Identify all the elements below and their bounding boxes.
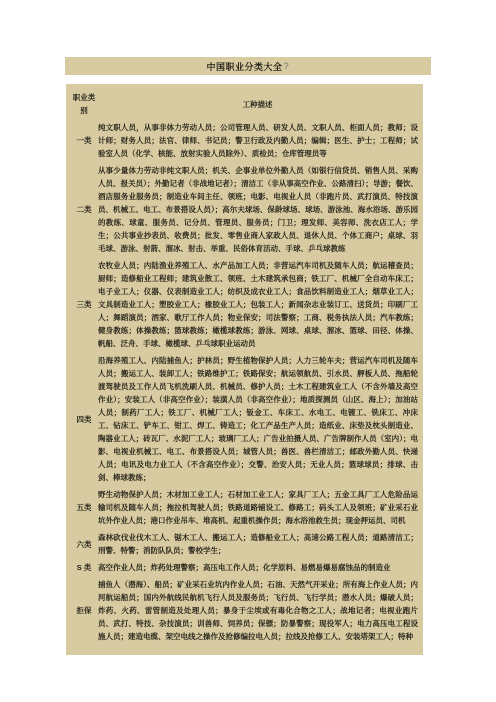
row-category-label: 拒保 [71, 578, 97, 643]
row-category-label: S 类 [71, 561, 97, 574]
table-row: 五类 野生动物保护人员；木材加工业工人；石材加工业工人；家具厂工人；五金工具厂工… [71, 488, 418, 527]
document-title: 中国职业分类大全 [206, 60, 282, 73]
row-category-label: 三类 [71, 259, 97, 350]
table-header-row: 职业类别 工种描述 [71, 91, 418, 117]
document-title-bar: 中国职业分类大全? [65, 57, 431, 75]
row-category-label: 五类 [71, 488, 97, 527]
table-row: 四类 沿海养殖工人、内陆捕鱼人；护林员；野生植物保护人员；人力三轮车夫；营运汽车… [71, 354, 418, 484]
row-description: 捕鱼人（潜海）、船员；矿业采石业坑内作业人员；石油、天然气开采业；所有海上作业人… [97, 578, 418, 643]
table-row: 三类 农牧业人员；内陆渔业养殖工人、水产品加工人员；非营运汽车司机及随车人员；航… [71, 259, 418, 350]
row-description: 纯文职人员，从事非体力劳动人员；公司管理人员、研发人员、文职人员、柜面人员；教师… [97, 121, 418, 160]
column-header-description: 工种描述 [97, 91, 418, 117]
row-category-label: 四类 [71, 354, 97, 484]
title-footnote-mark: ? [284, 61, 290, 71]
row-category-label: 二类 [71, 164, 97, 255]
column-header-category: 职业类别 [71, 91, 97, 117]
row-description: 高空作业人员；炸药处理警察；高压电工作人员；化学原料、易燃易爆易腐蚀品的制造业 [97, 561, 418, 574]
row-description: 从事少量体力劳动非纯文职人员；机关、企事业单位外勤人员（如银行信贷员、销售人员、… [97, 164, 418, 255]
row-description: 野生动物保护人员；木材加工业工人；石材加工业工人；家具厂工人；五金工具厂工人危险… [97, 488, 418, 527]
column-header-description-label: 工种描述 [243, 98, 273, 111]
table-row: S 类 高空作业人员；炸药处理警察；高压电工作人员；化学原料、易燃易爆易腐蚀品的… [71, 561, 418, 574]
row-description: 沿海养殖工人、内陆捕鱼人；护林员；野生植物保护人员；人力三轮车夫；营运汽车司机及… [97, 354, 418, 484]
row-description: 森林砍伐业伐木工人、锯木工人、搬运工人；造修船业工人；高速公路工程人员；道路清洁… [97, 531, 418, 557]
row-description: 农牧业人员；内陆渔业养殖工人、水产品加工人员；非营运汽车司机及随车人员；航运稽查… [97, 259, 418, 350]
row-category-label: 一类 [71, 121, 97, 160]
occupation-class-table: 职业类别 工种描述 一类 纯文职人员，从事非体力劳动人员；公司管理人员、研发人员… [66, 84, 423, 655]
document-page: 中国职业分类大全? 职业类别 工种描述 一类 纯文职人员，从事非体力劳动人员；公… [0, 0, 496, 702]
table-row: 一类 纯文职人员，从事非体力劳动人员；公司管理人员、研发人员、文职人员、柜面人员… [71, 121, 418, 160]
table-row: 二类 从事少量体力劳动非纯文职人员；机关、企事业单位外勤人员（如银行信贷员、销售… [71, 164, 418, 255]
row-category-label: 六类 [71, 531, 97, 557]
table-row: 拒保 捕鱼人（潜海）、船员；矿业采石业坑内作业人员；石油、天然气开采业；所有海上… [71, 578, 418, 643]
table-row: 六类 森林砍伐业伐木工人、锯木工人、搬运工人；造修船业工人；高速公路工程人员；道… [71, 531, 418, 557]
